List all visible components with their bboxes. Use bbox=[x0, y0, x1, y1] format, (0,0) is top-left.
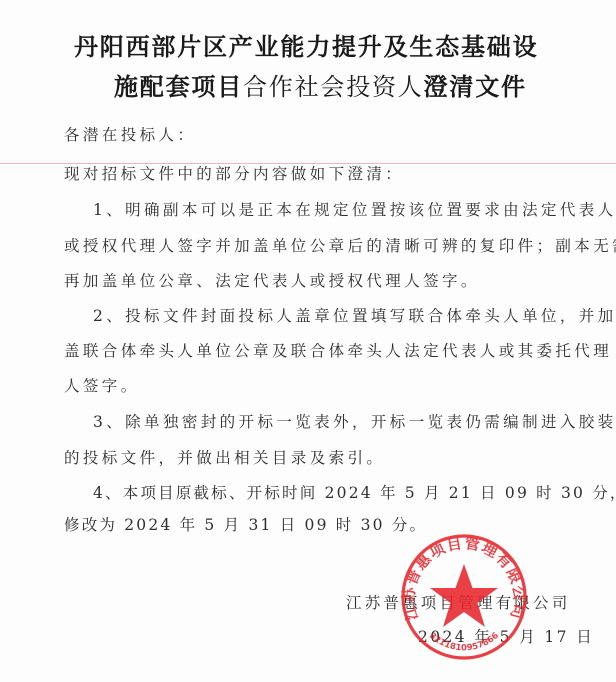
stamp-number: 3211810957866 bbox=[427, 631, 501, 653]
item-4-line-2: 修改为 2024 年 5 月 31 日 09 时 30 分。 bbox=[64, 513, 427, 535]
salutation: 各潜在投标人： bbox=[64, 123, 196, 145]
item-1-line-2: 或授权代理人签字并加盖单位公章后的清晰可辨的复印件；副本无需 bbox=[64, 234, 616, 256]
document-page: 丹阳西部片区产业能力提升及生态基础设 施配套项目合作社会投资人澄清文件 各潜在投… bbox=[0, 0, 616, 682]
title-part-a: 施配套项目 bbox=[114, 73, 243, 101]
star-icon bbox=[430, 564, 498, 627]
item-3-line-2: 的投标文件，并做出相关目录及索引。 bbox=[64, 446, 385, 468]
item-2-line-3: 人签字。 bbox=[64, 374, 140, 396]
item-2-line-2: 盖联合体牵头人单位公章及联合体牵头人法定代表人或其委托代理 bbox=[64, 339, 612, 361]
document-title-line-2: 施配套项目合作社会投资人澄清文件 bbox=[114, 67, 527, 102]
item-1-line-3: 再加盖单位公章、法定代表人或授权代理人签字。 bbox=[64, 269, 480, 291]
item-1-line-1: 1、明确副本可以是正本在规定位置按该位置要求由法定代表人 bbox=[93, 198, 616, 220]
title-part-b: 合作社会投资人 bbox=[243, 73, 424, 101]
item-4-line-1: 4、本项目原截标、开标时间 2024 年 5 月 21 日 09 时 30 分，… bbox=[93, 481, 616, 503]
item-2-line-1: 2、投标文件封面投标人盖章位置填写联合体牵头人单位，并加 bbox=[93, 304, 616, 326]
svg-text:3211810957866: 3211810957866 bbox=[427, 631, 501, 653]
document-title-line-1: 丹阳西部片区产业能力提升及生态基础设 bbox=[74, 27, 538, 62]
intro-text: 现对招标文件中的部分内容做如下澄清： bbox=[64, 162, 404, 184]
item-3-line-1: 3、除单独密封的开标一览表外，开标一览表仍需编制进入胶装 bbox=[93, 410, 616, 432]
company-seal-stamp: 江苏普惠项目管理有限公司 3211810957866 bbox=[399, 532, 529, 662]
title-part-c: 澄清文件 bbox=[424, 73, 527, 101]
